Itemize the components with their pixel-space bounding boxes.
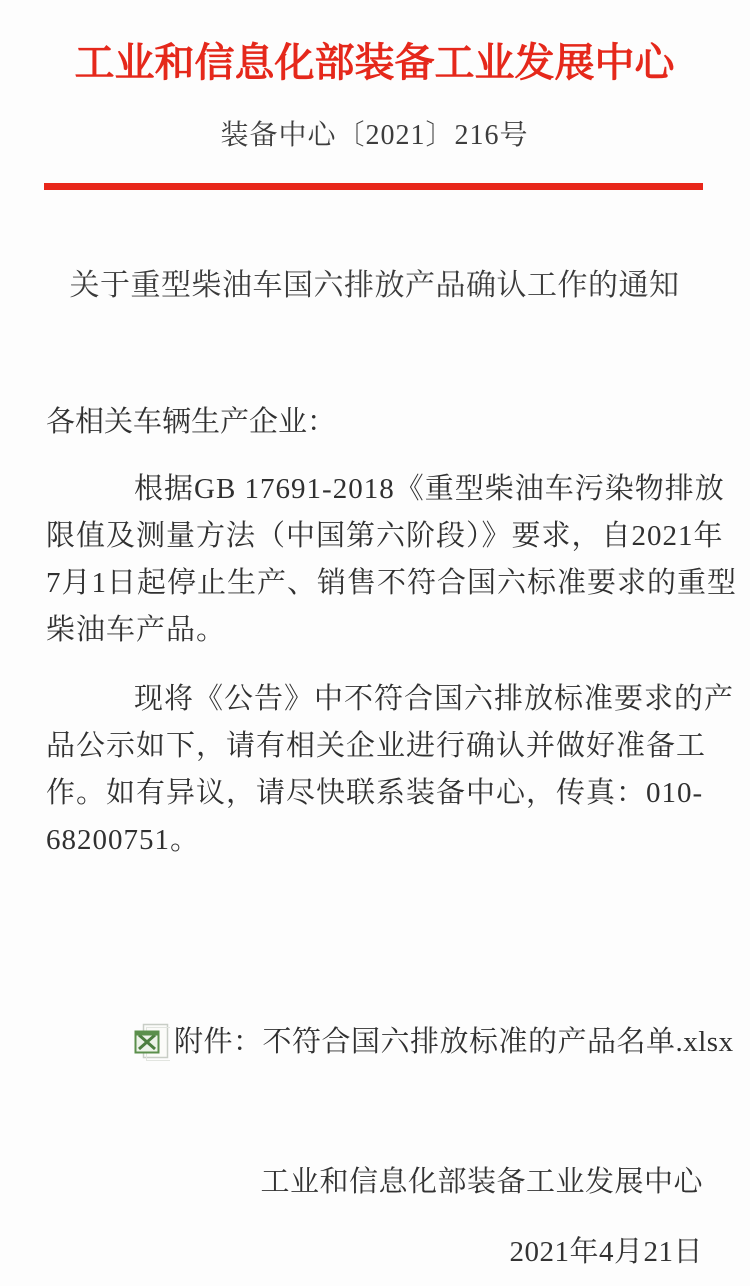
salutation: 各相关车辆生产企业： [46, 400, 703, 444]
paragraph-1-line-3: 7月1日起停止生产、销售不符合国六标准要求的重型 [46, 560, 703, 607]
paragraph-2-line-4: 68200751。 [46, 817, 703, 864]
letterhead-org-title: 工业和信息化部装备工业发展中心 [46, 0, 703, 90]
paragraph-2: 现将《公告》中不符合国六排放标准要求的产 品公示如下，请有相关企业进行确认并做好… [46, 676, 703, 864]
paragraph-2-line-1: 现将《公告》中不符合国六排放标准要求的产 [46, 676, 703, 723]
notice-title: 关于重型柴油车国六排放产品确认工作的通知 [46, 265, 703, 307]
paragraph-1-line-4: 柴油车产品。 [46, 607, 703, 654]
paragraph-2-line-3: 作。如有异议，请尽快联系装备中心，传真：010- [46, 770, 703, 817]
signature-org: 工业和信息化部装备工业发展中心 [46, 1160, 703, 1204]
paragraph-1: 根据GB 17691-2018《重型柴油车污染物排放 限值及测量方法（中国第六阶… [46, 466, 703, 654]
letterhead-divider [44, 183, 703, 190]
paragraph-1-line-2: 限值及测量方法（中国第六阶段）》要求，自2021年 [46, 513, 703, 560]
doc-number: 装备中心〔2021〕216号 [46, 118, 703, 154]
paragraph-1-line-1: 根据GB 17691-2018《重型柴油车污染物排放 [46, 466, 703, 513]
official-notice-page: 工业和信息化部装备工业发展中心 装备中心〔2021〕216号 关于重型柴油车国六… [0, 0, 750, 1286]
signature-date: 2021年4月21日 [46, 1230, 703, 1274]
attachment-link[interactable]: 附件：不符合国六排放标准的产品名单.xlsx [134, 1019, 703, 1066]
paragraph-2-line-2: 品公示如下，请有相关企业进行确认并做好准备工 [46, 723, 703, 770]
excel-file-icon [134, 1023, 170, 1063]
attachment-label: 附件：不符合国六排放标准的产品名单.xlsx [174, 1019, 734, 1066]
